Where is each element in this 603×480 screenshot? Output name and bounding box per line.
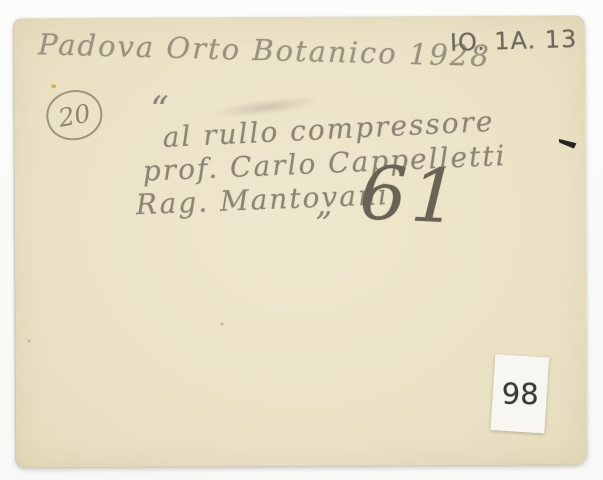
- caption-big-number: 61: [358, 150, 464, 241]
- paper-speck: [28, 339, 31, 342]
- circled-number: 20: [42, 86, 106, 145]
- top-annotation-handwriting: Padova Orto Botanico 1928: [38, 27, 492, 73]
- circled-number-value: 20: [56, 98, 92, 132]
- photo-verso-card: Padova Orto Botanico 1928 IO. 1A. 13 20 …: [14, 16, 587, 468]
- inventory-sticker-number: 98: [501, 377, 538, 411]
- photo-scan-background: Padova Orto Botanico 1928 IO. 1A. 13 20 …: [0, 0, 603, 480]
- caption-close-quote: „: [316, 185, 335, 223]
- stain-speck: [51, 84, 56, 88]
- inventory-sticker: 98: [490, 354, 549, 433]
- archive-code: IO. 1A. 13: [450, 25, 578, 57]
- paper-speck: [220, 322, 223, 325]
